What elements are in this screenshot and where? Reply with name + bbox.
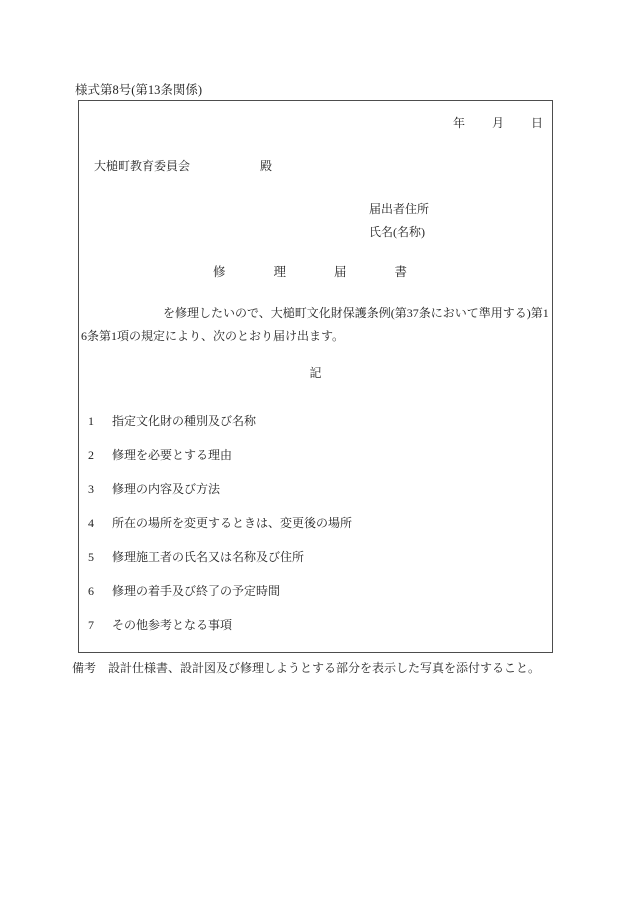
form-border-box: 年月日 大槌町教育委員会 殿 届出者住所 氏名(名称) 修理届書 を修理したいの… [78, 100, 553, 653]
item-text: 修理を必要とする理由 [112, 448, 232, 462]
item-number: 7 [88, 618, 112, 633]
note-prefix: 備考 [72, 659, 96, 676]
list-item: 1指定文化財の種別及び名称 [88, 412, 256, 429]
list-item: 5修理施工者の氏名又は名称及び住所 [88, 548, 304, 565]
addressee-row: 大槌町教育委員会 殿 [94, 157, 272, 174]
item-number: 1 [88, 414, 112, 429]
addressee-honorific: 殿 [260, 157, 272, 174]
item-text: 所在の場所を変更するときは、変更後の場所 [112, 516, 352, 530]
list-item: 4所在の場所を変更するときは、変更後の場所 [88, 514, 352, 531]
declarant-name-label: 氏名(名称) [369, 221, 429, 244]
declarant-block: 届出者住所 氏名(名称) [369, 198, 429, 244]
date-line: 年月日 [453, 114, 570, 131]
body-line: 6条第1項の規定により、次のとおり届け出ます。 [81, 325, 551, 348]
note-text: 設計仕様書、設計図及び修理しようとする部分を表示した写真を添付すること。 [108, 659, 540, 676]
item-number: 4 [88, 516, 112, 531]
form-number-label: 様式第8号(第13条関係) [75, 80, 202, 98]
body-paragraph: を修理したいので、大槌町文化財保護条例(第37条において準用する)第1 6条第1… [81, 302, 551, 348]
item-number: 6 [88, 584, 112, 599]
item-number: 5 [88, 550, 112, 565]
list-item: 3修理の内容及び方法 [88, 480, 220, 497]
item-text: 修理の着手及び終了の予定時間 [112, 584, 280, 598]
item-text: 修理施工者の氏名又は名称及び住所 [112, 550, 304, 564]
document-title: 修理届書 [213, 262, 455, 280]
list-item: 2修理を必要とする理由 [88, 446, 232, 463]
list-heading: 記 [79, 364, 552, 381]
body-line: を修理したいので、大槌町文化財保護条例(第37条において準用する)第1 [81, 302, 551, 325]
declarant-address-label: 届出者住所 [369, 198, 429, 221]
document-page: 様式第8号(第13条関係) 年月日 大槌町教育委員会 殿 届出者住所 氏名(名称… [0, 0, 630, 903]
list-item: 6修理の着手及び終了の予定時間 [88, 582, 280, 599]
addressee-name: 大槌町教育委員会 [94, 157, 190, 174]
item-text: 指定文化財の種別及び名称 [112, 414, 256, 428]
remarks-note: 備考 設計仕様書、設計図及び修理しようとする部分を表示した写真を添付すること。 [72, 659, 540, 676]
item-text: その他参考となる事項 [112, 618, 232, 632]
item-number: 3 [88, 482, 112, 497]
item-number: 2 [88, 448, 112, 463]
item-text: 修理の内容及び方法 [112, 482, 220, 496]
list-item: 7その他参考となる事項 [88, 616, 232, 633]
